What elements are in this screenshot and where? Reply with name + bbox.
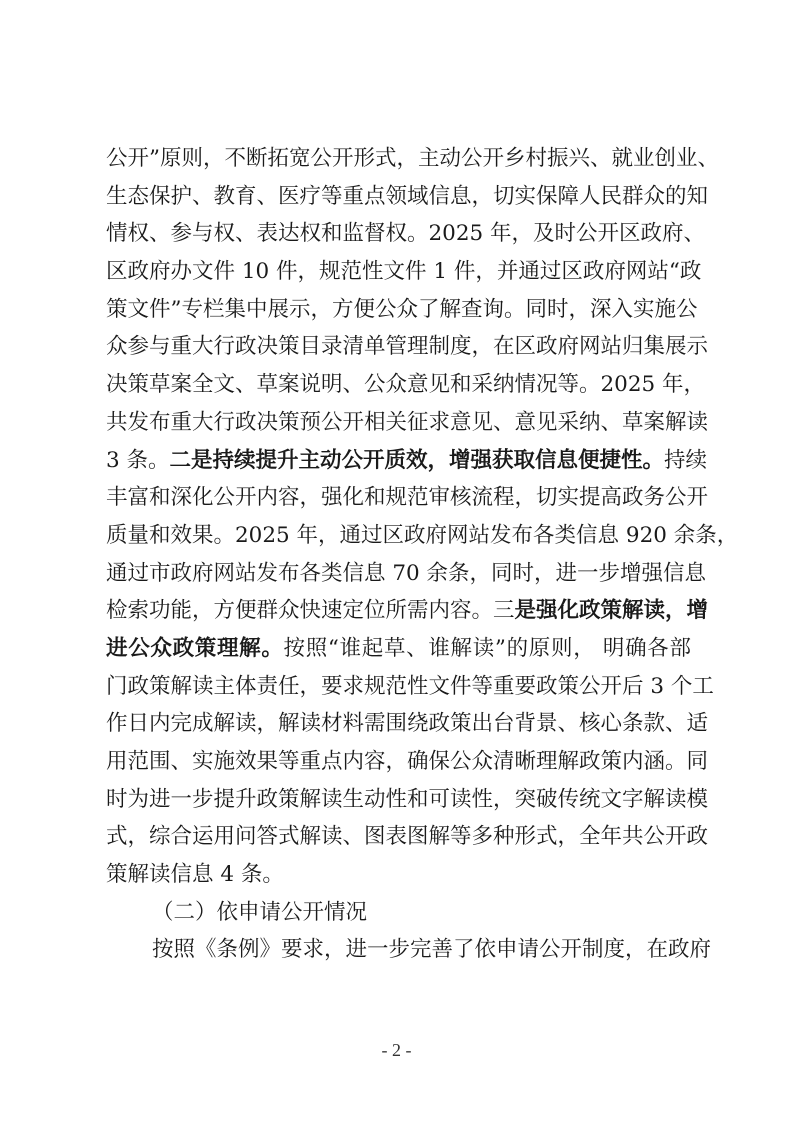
text-line: 式，综合运用问答式解读、图表图解等多种形式，全年共公开政 (106, 818, 691, 856)
text-line: 门政策解读主体责任，要求规范性文件等重要政策公开后 3 个工 (106, 668, 691, 706)
text-line: 丰富和深化公开内容，强化和规范审核流程，切实提高政务公开 (106, 479, 691, 517)
text-line: 共发布重大行政决策预公开相关征求意见、意见采纳、草案解读 (106, 404, 691, 442)
text-line: 检索功能，方便群众快速定位所需内容。三是强化政策解读，增 (106, 592, 691, 630)
text-line: 按照《条例》要求，进一步完善了依申请公开制度，在政府 (106, 931, 691, 969)
document-page: 公开”原则，不断拓宽公开形式，主动公开乡村振兴、就业创业、 生态保护、教育、医疗… (0, 0, 793, 1122)
text-line: 时为进一步提升政策解读生动性和可读性，突破传统文字解读模 (106, 781, 691, 819)
text-line: 决策草案全文、草案说明、公众意见和采纳情况等。2025 年， (106, 366, 691, 404)
text-line: 通过市政府网站发布各类信息 70 余条，同时，进一步增强信息 (106, 555, 691, 593)
page-number: - 2 - (0, 1040, 793, 1061)
text-line: 众参与重大行政决策目录清单管理制度，在区政府网站归集展示 (106, 328, 691, 366)
bold-emphasis: 是强化政策解读，增 (515, 598, 709, 623)
text-line: 生态保护、教育、医疗等重点领域信息，切实保障人民群众的知 (106, 178, 691, 216)
section-heading: （二）依申请公开情况 (106, 894, 691, 932)
text-line: 情权、参与权、表达权和监督权。2025 年，及时公开区政府、 (106, 215, 691, 253)
body-text: 公开”原则，不断拓宽公开形式，主动公开乡村振兴、就业创业、 生态保护、教育、医疗… (106, 140, 691, 969)
text-line: 用范围、实施效果等重点内容，确保公众清晰理解政策内涵。同 (106, 743, 691, 781)
text-line: 3 条。二是持续提升主动公开质效，增强获取信息便捷性。持续 (106, 442, 691, 480)
text-line: 作日内完成解读，解读材料需围绕政策出台背景、核心条款、适 (106, 705, 691, 743)
text-line: 策解读信息 4 条。 (106, 856, 691, 894)
text-line: 质量和效果。2025 年，通过区政府网站发布各类信息 920 余条， (106, 517, 691, 555)
text-line: 区政府办文件 10 件，规范性文件 1 件，并通过区政府网站“政 (106, 253, 691, 291)
bold-emphasis: 进公众政策理解。 (106, 636, 284, 661)
text-line: 进公众政策理解。按照“谁起草、谁解读”的原则， 明确各部 (106, 630, 691, 668)
text-line: 公开”原则，不断拓宽公开形式，主动公开乡村振兴、就业创业、 (106, 140, 691, 178)
bold-emphasis: 二是持续提升主动公开质效，增强获取信息便捷性。 (170, 448, 665, 473)
text-line: 策文件”专栏集中展示，方便公众了解查询。同时，深入实施公 (106, 291, 691, 329)
